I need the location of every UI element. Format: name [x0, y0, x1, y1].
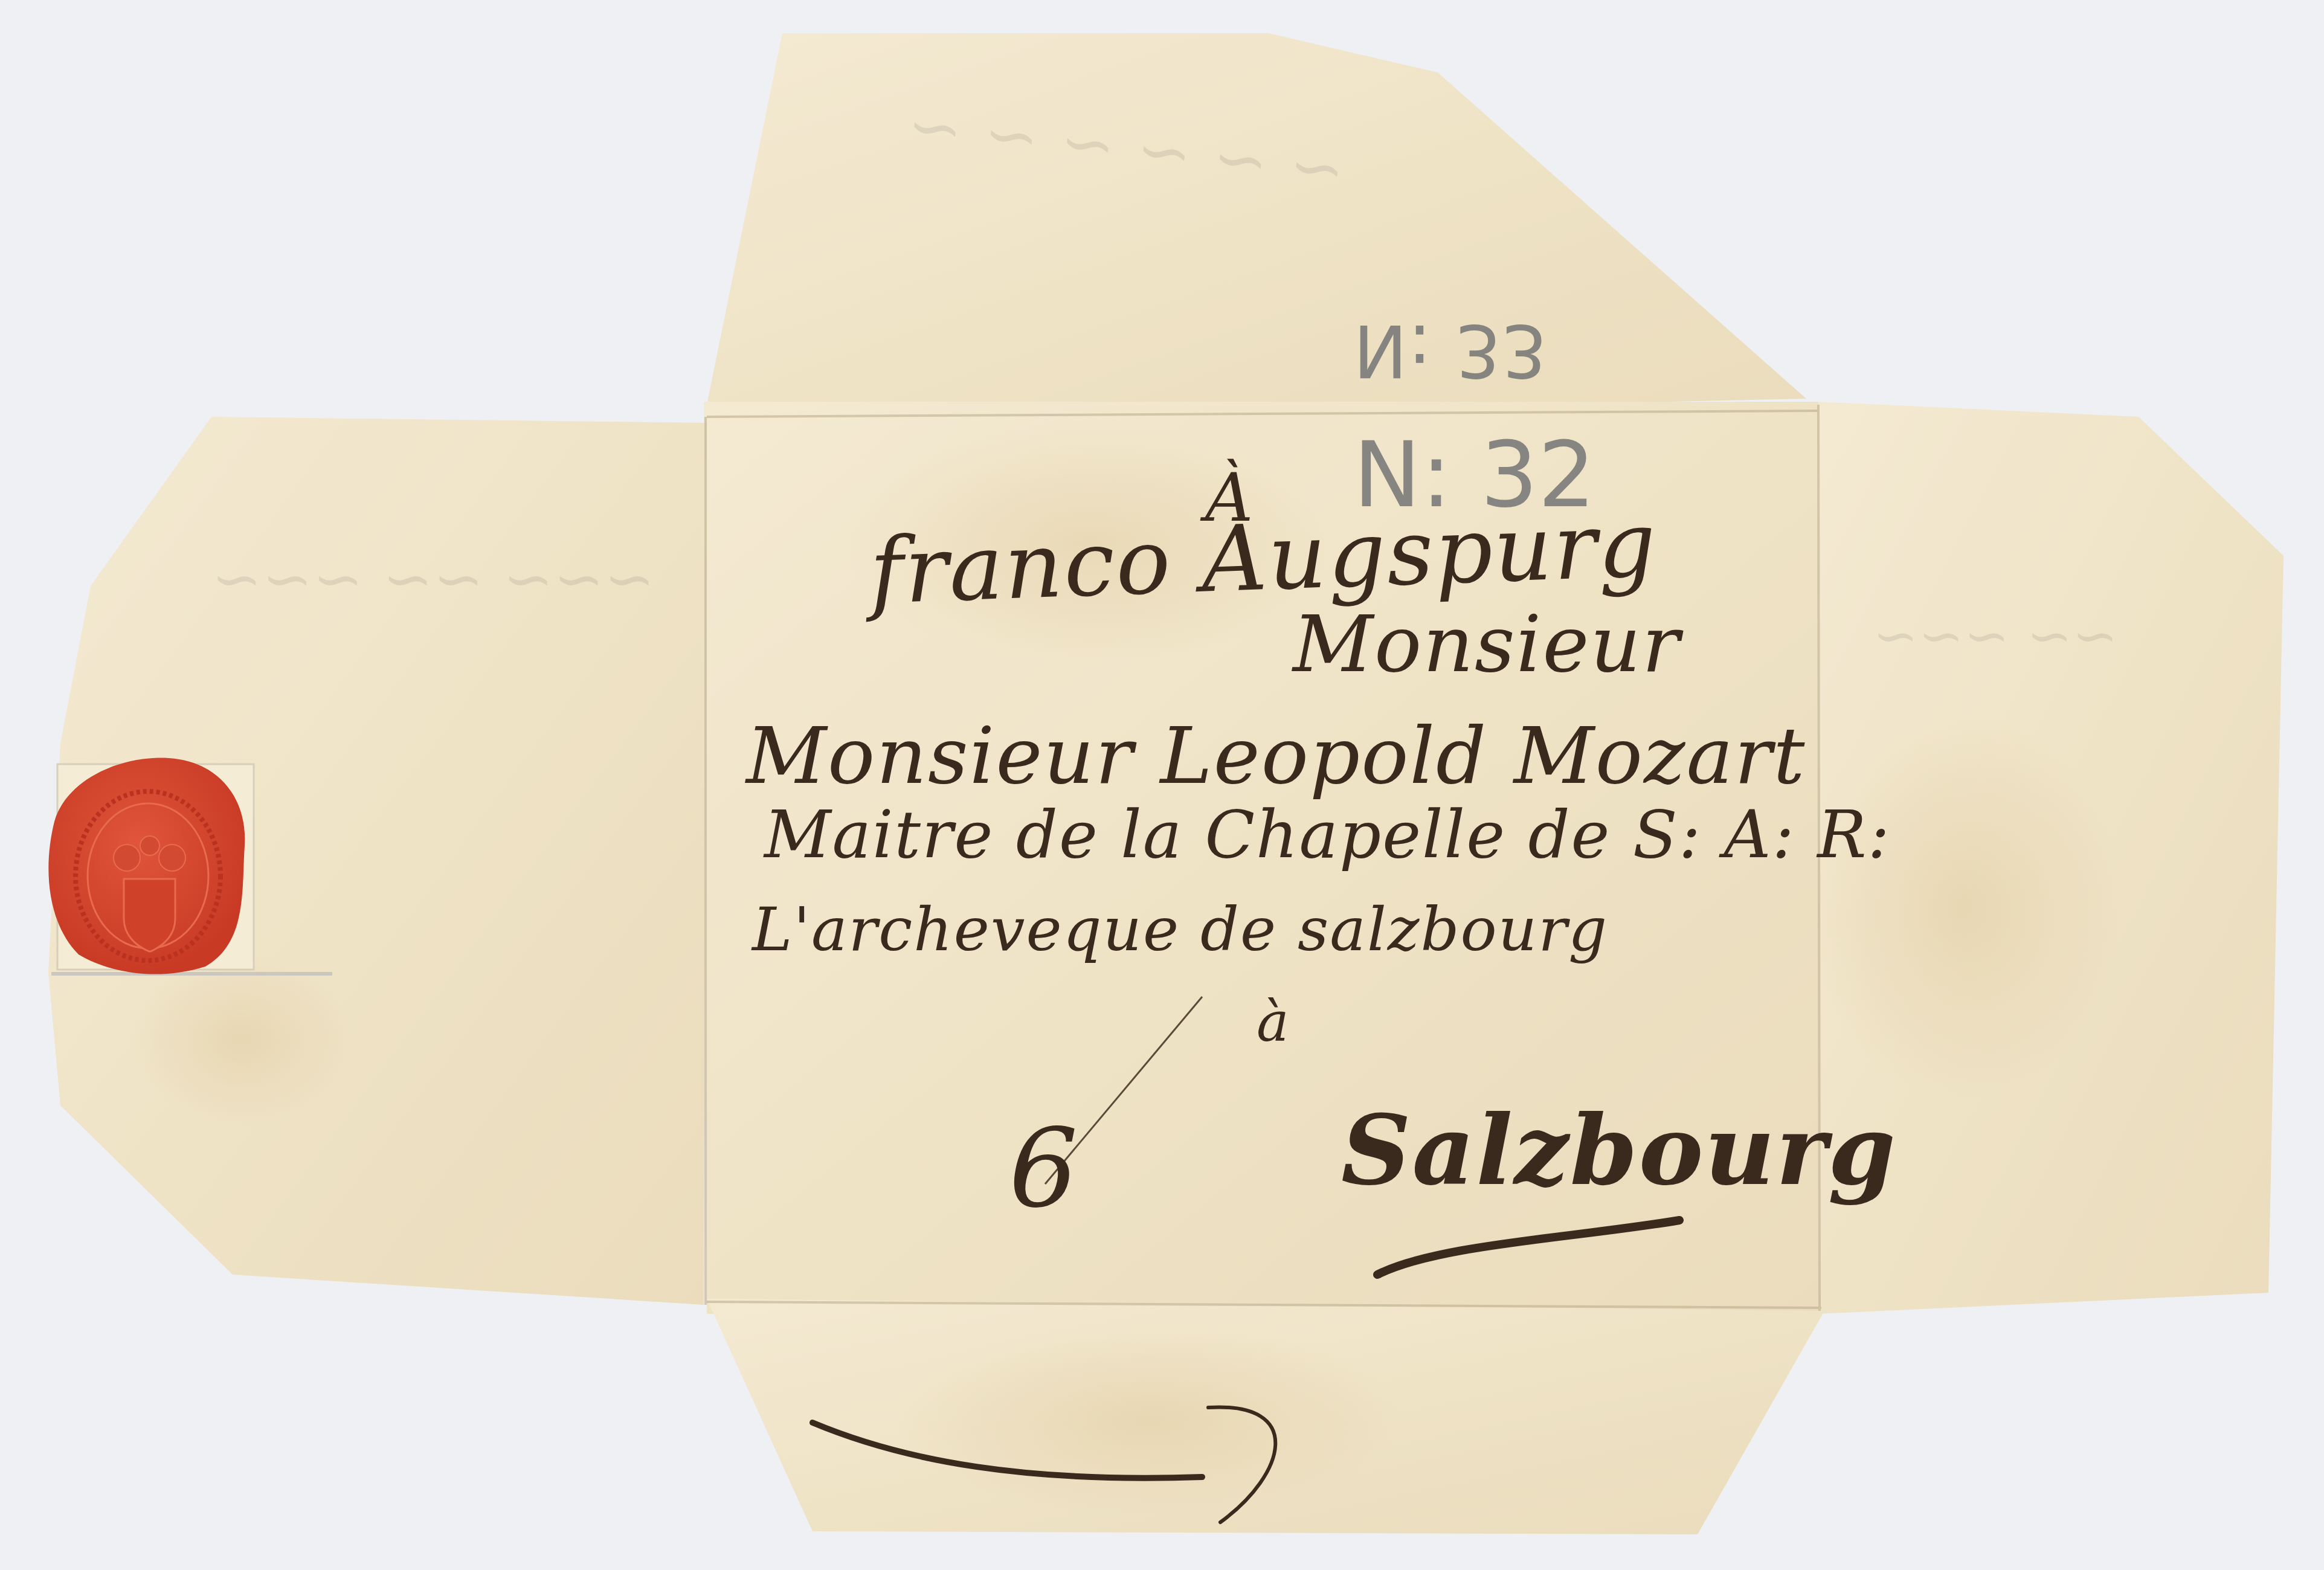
address-line-2: Maitre de la Chapelle de S: A: R: — [764, 797, 1891, 873]
archive-number-mirrored: N: 33 — [1353, 308, 1547, 392]
bleed-through-text: ~~ ~~~ — [1873, 604, 2118, 668]
top-flap — [707, 33, 1806, 423]
wax-seal — [48, 758, 245, 974]
postal-rate-mark: 6 — [1009, 1105, 1080, 1232]
address-line-3: L'archeveque de salzbourg — [752, 894, 1608, 965]
address-line-1: Monsieur Leopold Mozart — [746, 710, 1806, 802]
address-to: à — [1257, 991, 1290, 1054]
destination-city: Salzbourg — [1341, 1093, 1897, 1207]
bleed-through-text: ~~~ ~~ ~~~ — [211, 544, 655, 614]
salutation: Monsieur — [1293, 598, 1681, 690]
